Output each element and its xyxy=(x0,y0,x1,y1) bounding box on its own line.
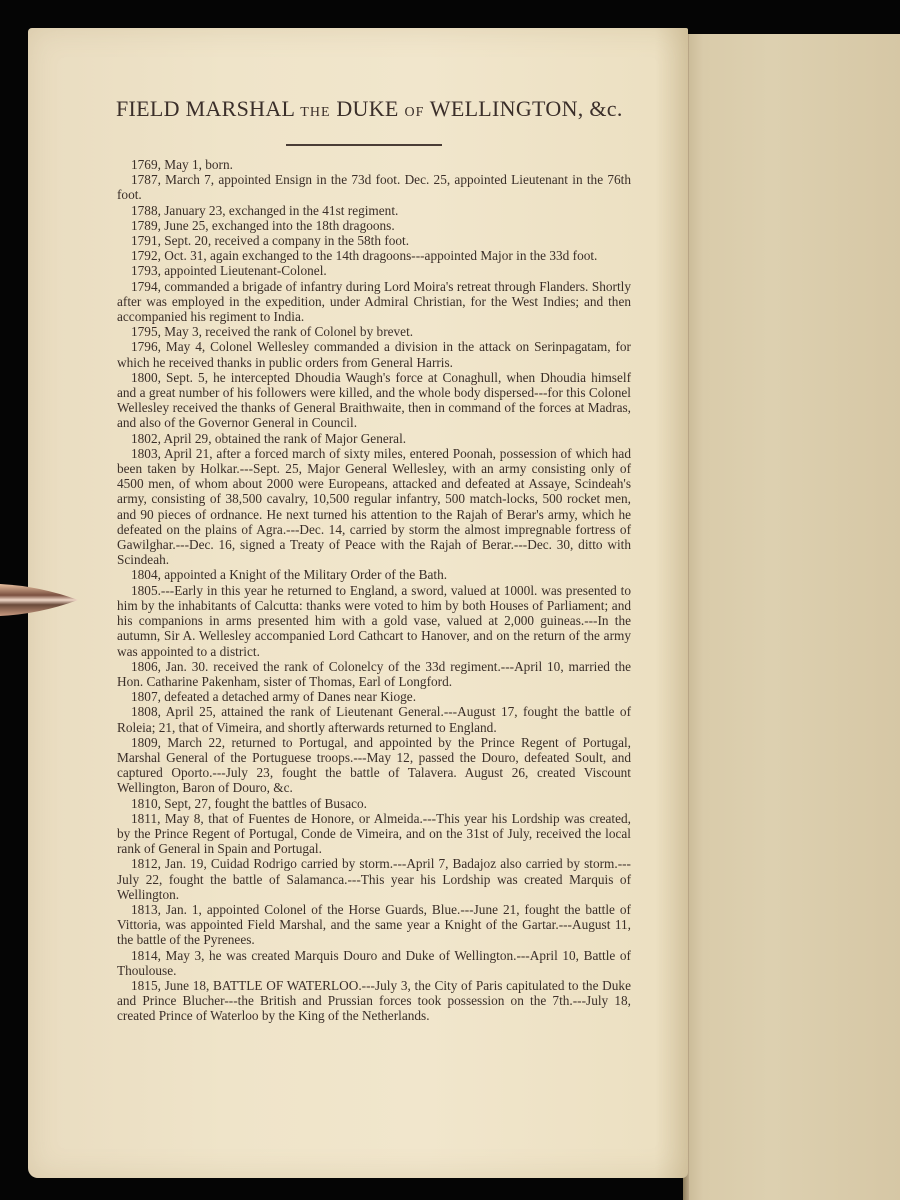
entry: 1796, May 4, Colonel Wellesley commanded… xyxy=(117,339,631,369)
entry: 1811, May 8, that of Fuentes de Honore, … xyxy=(117,811,631,857)
entry: 1810, Sept, 27, fought the battles of Bu… xyxy=(117,796,631,811)
entry: 1804, appointed a Knight of the Military… xyxy=(117,567,631,582)
entry: 1805.---Early in this year he returned t… xyxy=(117,583,631,659)
entry: 1788, January 23, exchanged in the 41st … xyxy=(117,203,631,218)
title-part: DUKE xyxy=(336,96,398,121)
entry: 1813, Jan. 1, appointed Colonel of the H… xyxy=(117,902,631,948)
chronology: 1769, May 1, born. 1787, March 7, appoin… xyxy=(117,157,631,1024)
title-part: THE xyxy=(300,105,330,120)
title-part: WELLINGTON, &c. xyxy=(430,96,623,121)
entry: 1795, May 3, received the rank of Colone… xyxy=(117,324,631,339)
entry: 1793, appointed Lieutenant-Colonel. xyxy=(117,263,631,278)
title-part: FIELD MARSHAL xyxy=(116,96,294,121)
entry: 1789, June 25, exchanged into the 18th d… xyxy=(117,218,631,233)
title-rule xyxy=(286,144,442,146)
entry: 1800, Sept. 5, he intercepted Dhoudia Wa… xyxy=(117,370,631,431)
entry: 1808, April 25, attained the rank of Lie… xyxy=(117,704,631,734)
entry: 1803, April 21, after a forced march of … xyxy=(117,446,631,568)
facing-page xyxy=(686,34,900,1200)
entry: 1791, Sept. 20, received a company in th… xyxy=(117,233,631,248)
entry: 1814, May 3, he was created Marquis Dour… xyxy=(117,948,631,978)
entry: 1787, March 7, appointed Ensign in the 7… xyxy=(117,172,631,202)
entry: 1807, defeated a detached army of Danes … xyxy=(117,689,631,704)
bookmark-icon xyxy=(0,580,80,620)
entry: 1806, Jan. 30. received the rank of Colo… xyxy=(117,659,631,689)
entry: 1769, May 1, born. xyxy=(117,157,631,172)
title-part: OF xyxy=(404,105,424,120)
entry: 1802, April 29, obtained the rank of Maj… xyxy=(117,431,631,446)
entry: 1809, March 22, returned to Portugal, an… xyxy=(117,735,631,796)
entry: 1812, Jan. 19, Cuidad Rodrigo carried by… xyxy=(117,856,631,902)
page-title: FIELD MARSHAL THE DUKE OF WELLINGTON, &c… xyxy=(116,96,656,122)
entry: 1815, June 18, BATTLE OF WATERLOO.---Jul… xyxy=(117,978,631,1024)
entry: 1794, commanded a brigade of infantry du… xyxy=(117,279,631,325)
entry: 1792, Oct. 31, again exchanged to the 14… xyxy=(117,248,631,263)
